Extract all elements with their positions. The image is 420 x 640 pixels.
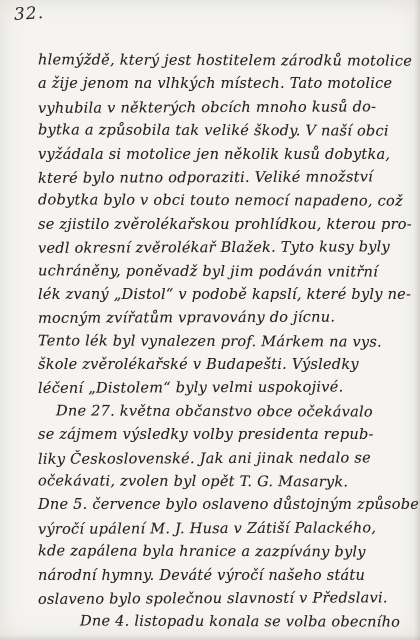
handwritten-line: léčení „Distolem“ byly velmi uspokojivé. — [38, 377, 416, 402]
handwritten-line: Dne 27. května občanstvo obce očekávalo — [38, 400, 416, 425]
handwritten-text-block: hlemýždě, který jest hostitelem zárodků … — [38, 50, 416, 635]
page-number: 32. — [13, 3, 44, 25]
handwritten-line: dobytka bylo v obci touto nemocí napaden… — [38, 190, 416, 215]
handwritten-line: kde zapálena byla hranice a zazpívány by… — [38, 541, 416, 566]
handwritten-line: hlemýždě, který jest hostitelem zárodků … — [38, 49, 416, 74]
handwritten-line: se zjistilo zvěrolékařskou prohlídkou, k… — [38, 214, 416, 237]
handwritten-line: škole zvěrolékařské v Budapešti. Výsledk… — [38, 354, 416, 377]
handwritten-line: bytka a způsobila tak veliké škody. V na… — [38, 120, 416, 145]
scan-edge-shadow-bottom — [0, 635, 420, 640]
handwritten-line: Dne 5. července bylo oslaveno důstojným … — [38, 494, 416, 517]
handwritten-line: lék zvaný „Distol“ v podobě kapslí, kter… — [38, 284, 416, 307]
handwritten-line: Tento lék byl vynalezen prof. Márkem na … — [38, 330, 416, 355]
handwritten-line: očekávati, zvolen byl opět T. G. Masaryk… — [38, 470, 416, 495]
handwritten-line: se zájmem výsledky volby presidenta repu… — [38, 424, 416, 447]
scanned-chronicle-page: 32. hlemýždě, který jest hostitelem záro… — [0, 0, 420, 640]
handwritten-line: vyhubila v některých obcích mnoho kusů d… — [38, 96, 416, 121]
handwritten-line: výročí upálení M. J. Husa v Zátiší Palac… — [38, 517, 416, 542]
handwritten-line: Dne 4. listopadu konala se volba obecníh… — [38, 611, 416, 636]
handwritten-line: vyžádala si motolice jen několik kusů do… — [38, 144, 416, 167]
handwritten-line: vedl okresní zvěrolékař Blažek. Tyto kus… — [38, 236, 416, 261]
handwritten-line: uchráněny, poněvadž byl jim podáván vnit… — [38, 260, 416, 285]
handwritten-line: mocným zvířatům vpravovány do jícnu. — [38, 306, 416, 331]
handwritten-line: a žije jenom na vlhkých místech. Tato mo… — [38, 73, 416, 96]
handwritten-line: liky Československé. Jak ani jinak nedal… — [38, 447, 416, 472]
handwritten-line: oslaveno bylo společnou slavností v Před… — [38, 587, 416, 612]
handwritten-line: národní hymny. Deváté výročí našeho stát… — [38, 565, 416, 588]
handwritten-line: které bylo nutno odporaziti. Veliké množ… — [38, 166, 416, 191]
